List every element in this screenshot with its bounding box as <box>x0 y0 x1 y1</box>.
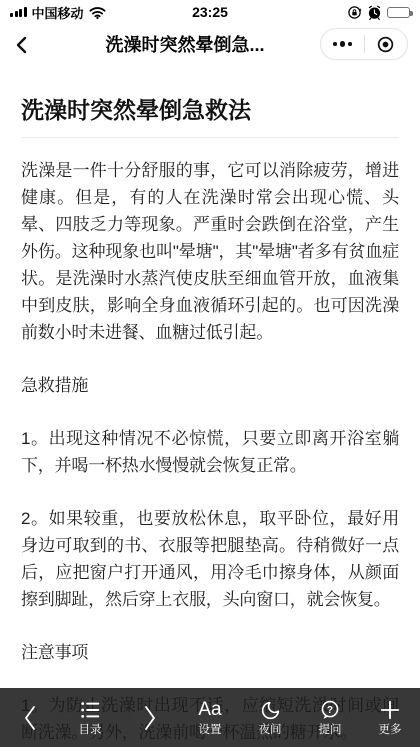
moon-icon <box>260 698 281 722</box>
title-divider <box>21 137 399 138</box>
settings-button[interactable]: Aa 设置 <box>180 688 240 747</box>
prev-page-button[interactable] <box>0 688 60 747</box>
svg-text:?: ? <box>327 705 333 716</box>
chevron-left-icon <box>12 35 32 55</box>
back-button[interactable] <box>6 29 38 61</box>
article-title: 洗澡时突然晕倒急救法 <box>21 94 399 126</box>
ask-question-label: 提问 <box>319 724 342 737</box>
status-bar: 中国移动 23:25 <box>0 0 420 22</box>
toc-label: 目录 <box>79 724 102 737</box>
toc-button[interactable]: 目录 <box>60 688 120 747</box>
status-bar-left: 中国移动 <box>10 3 106 22</box>
nav-bar: 洗澡时突然晕倒急... <box>0 22 420 66</box>
first-aid-step-1: 1。出现这种情况不必惊慌，只要立即离开浴室躺下，并喝一杯热水慢慢就会恢复正常。 <box>21 425 399 479</box>
target-circle-icon <box>376 35 395 54</box>
text-format-icon: Aa <box>198 698 221 722</box>
alarm-clock-icon <box>367 5 382 20</box>
list-icon <box>79 698 101 722</box>
question-bubble-icon: ? <box>319 698 341 722</box>
next-page-button[interactable] <box>120 688 180 747</box>
more-button[interactable]: 更多 <box>360 688 420 747</box>
article-content: 洗澡时突然晕倒急救法 洗澡是一件十分舒服的事，它可以消除疲劳，增进健康。但是，有… <box>0 94 420 746</box>
more-label: 更多 <box>379 724 402 737</box>
article-intro-paragraph: 洗澡是一件十分舒服的事，它可以消除疲劳，增进健康。但是，有的人在洗澡时常会出现心… <box>21 157 399 346</box>
first-aid-step-2: 2。如果较重，也要放松休息，取平卧位，最好用身边可取到的书、衣服等把腿垫高。待稍… <box>21 505 399 613</box>
page-title: 洗澡时突然晕倒急... <box>60 31 310 57</box>
more-menu-button[interactable] <box>321 29 364 59</box>
status-bar-right <box>347 5 410 20</box>
miniprogram-close-button[interactable] <box>365 29 408 59</box>
reader-toolbar: 目录 Aa 设置 夜间 ? 提问 <box>0 688 420 747</box>
three-dots-icon <box>333 41 352 47</box>
settings-label: 设置 <box>199 724 222 737</box>
wifi-icon <box>89 6 106 19</box>
night-mode-button[interactable]: 夜间 <box>240 688 300 747</box>
cellular-signal-icon <box>10 7 27 17</box>
chevron-left-icon <box>23 706 37 730</box>
orientation-lock-icon <box>347 5 362 20</box>
battery-icon <box>387 7 410 18</box>
plus-icon <box>379 698 401 722</box>
night-mode-label: 夜间 <box>259 724 282 737</box>
chevron-right-icon <box>143 706 157 730</box>
carrier-label: 中国移动 <box>32 3 84 22</box>
section-heading-notes: 注意事项 <box>21 639 399 666</box>
section-heading-first-aid: 急救措施 <box>21 372 399 399</box>
ask-question-button[interactable]: ? 提问 <box>300 688 360 747</box>
aa-glyph: Aa <box>198 699 221 721</box>
miniprogram-capsule <box>320 28 408 60</box>
